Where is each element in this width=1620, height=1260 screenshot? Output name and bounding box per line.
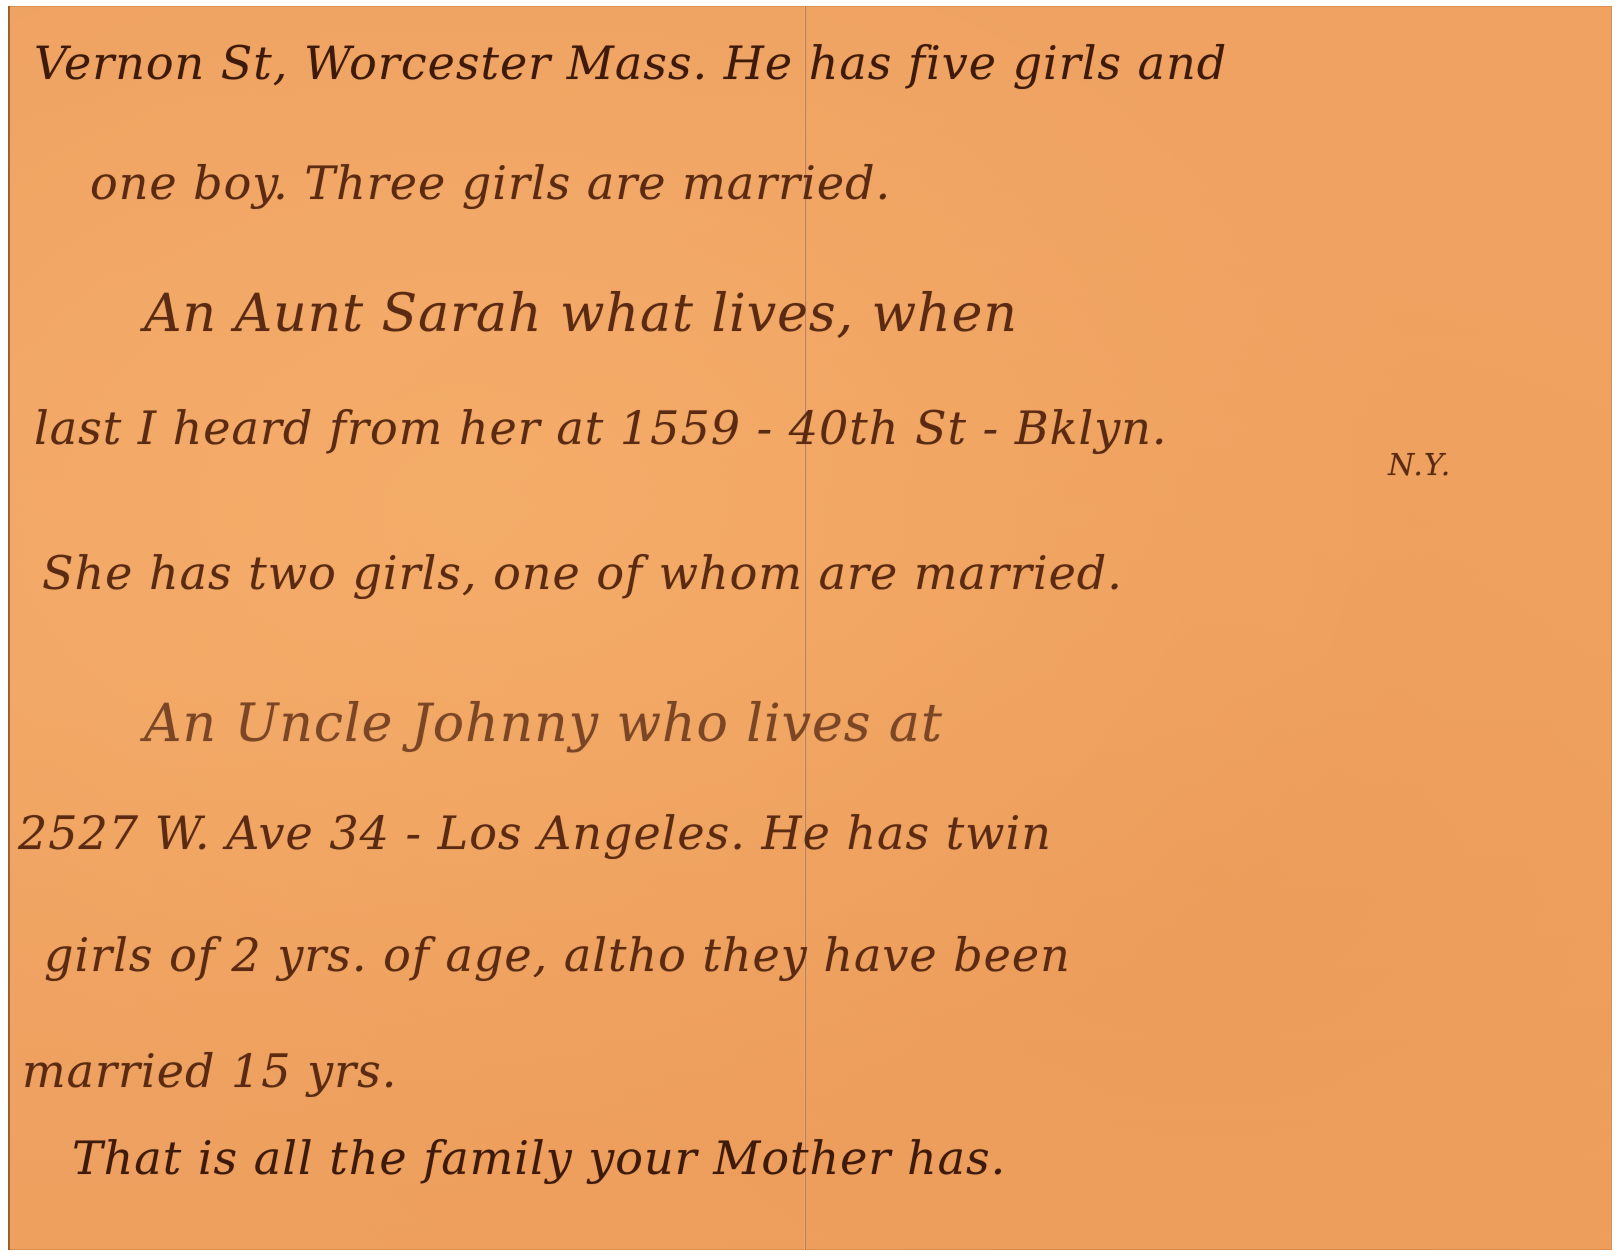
- scanned-letter: Vernon St, Worcester Mass. He has five g…: [0, 0, 1620, 1260]
- paper-edge: [8, 6, 10, 1250]
- letter-line-4: last I heard from her at 1559 - 40th St …: [34, 401, 1167, 455]
- letter-line-1: Vernon St, Worcester Mass. He has five g…: [34, 36, 1227, 90]
- letter-line-7: 2527 W. Ave 34 - Los Angeles. He has twi…: [18, 806, 1052, 860]
- letter-line-5: She has two girls, one of whom are marri…: [42, 546, 1123, 600]
- letter-line-4-state: N.Y.: [1388, 448, 1451, 483]
- letter-line-3: An Aunt Sarah what lives, when: [144, 284, 1018, 344]
- letter-line-10: That is all the family your Mother has.: [72, 1131, 1006, 1185]
- letter-line-2: one boy. Three girls are married.: [90, 156, 891, 210]
- letter-line-6: An Uncle Johnny who lives at: [144, 694, 943, 754]
- letter-line-8: girls of 2 yrs. of age, altho they have …: [44, 928, 1071, 982]
- letter-paper: Vernon St, Worcester Mass. He has five g…: [8, 6, 1612, 1250]
- letter-line-9: married 15 yrs.: [22, 1044, 397, 1098]
